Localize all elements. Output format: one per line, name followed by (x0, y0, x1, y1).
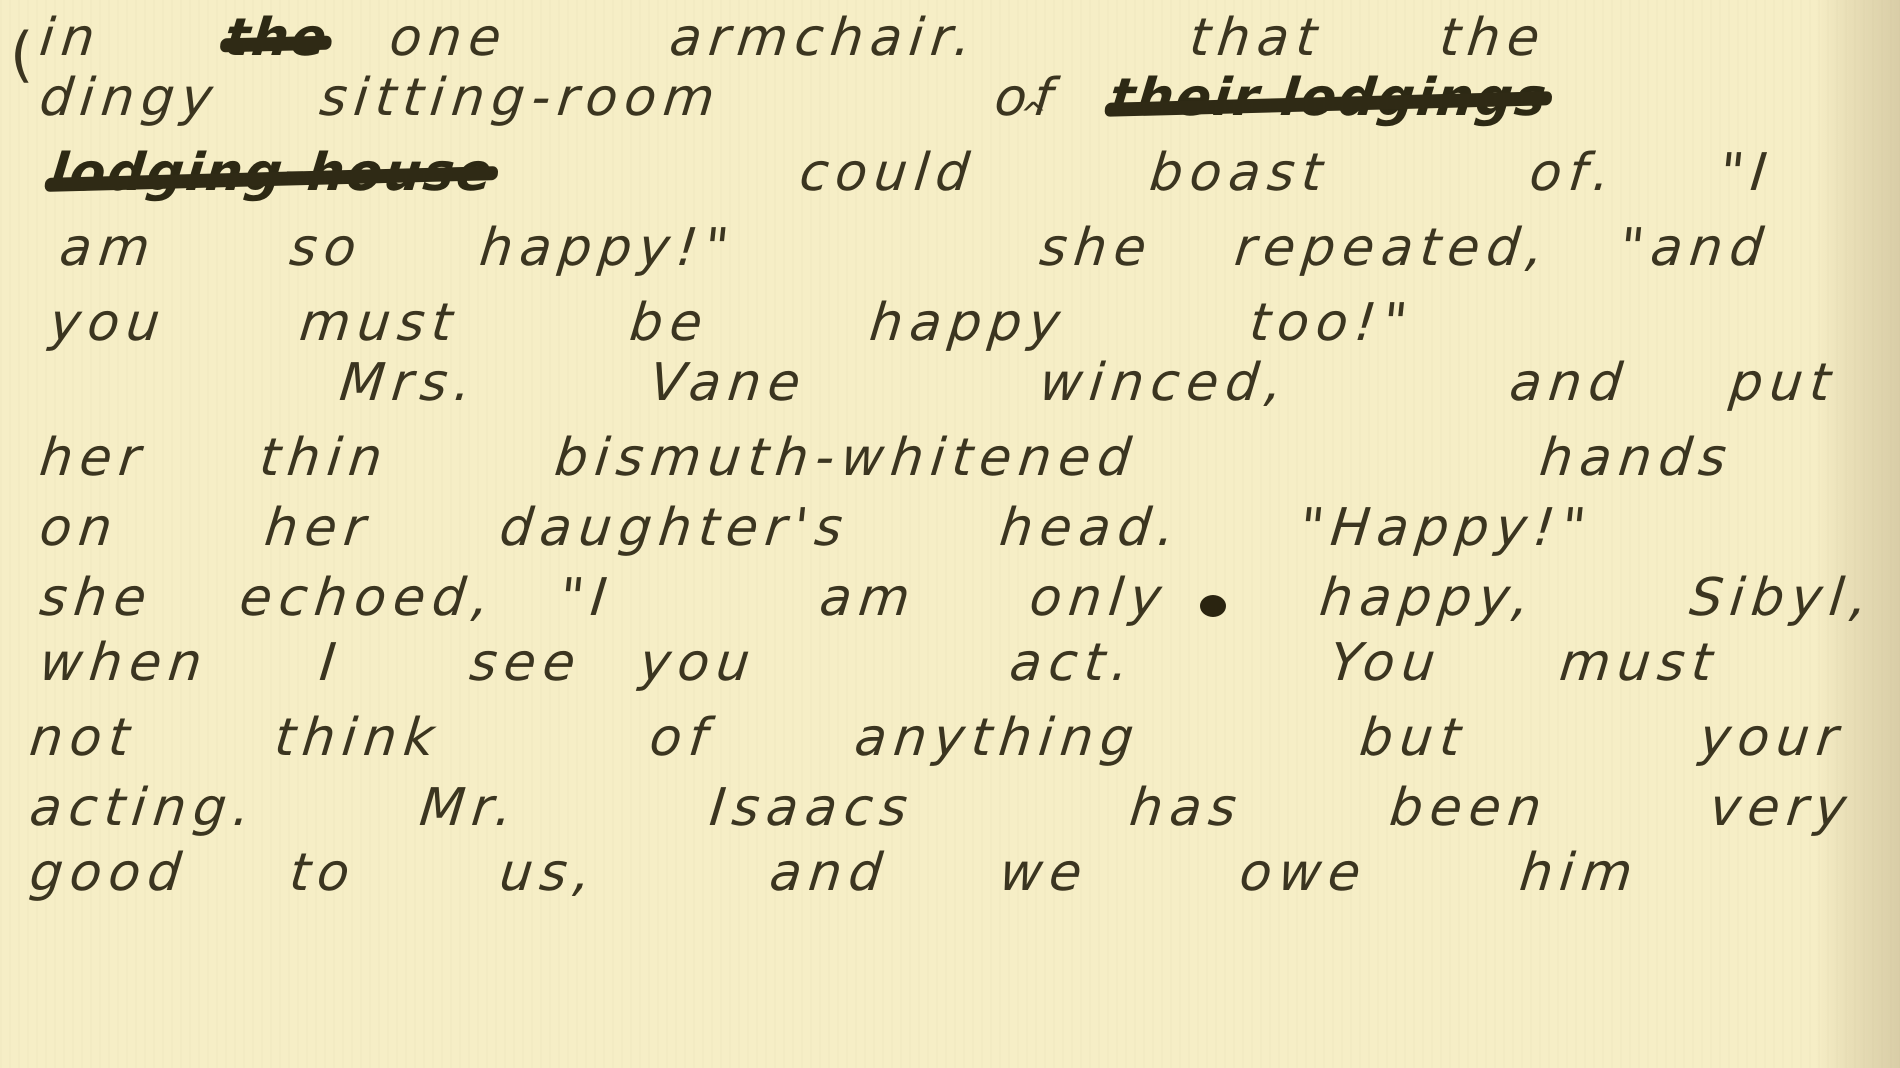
handwritten-word: Isaacs (707, 778, 917, 838)
manuscript-line: lodging-housecouldboastof."I (0, 143, 1880, 223)
handwritten-word: thin (257, 428, 392, 488)
handwritten-word: head. (997, 498, 1185, 558)
handwritten-word: "Happy!" (1297, 498, 1596, 558)
handwritten-word: Mr. (417, 778, 522, 838)
handwritten-word: You (1327, 633, 1445, 693)
manuscript-line: Mrs.Vanewinced,andput (0, 353, 1880, 433)
handwritten-word: sitting-room (317, 68, 724, 128)
handwritten-word: been (1387, 778, 1551, 838)
manuscript-line: dingysitting-roomoftheir lodgings (0, 68, 1880, 148)
handwritten-word: only (1027, 568, 1171, 628)
handwritten-word: owe (1237, 843, 1371, 903)
handwritten-word: to (287, 843, 360, 903)
handwritten-word: acting. (27, 778, 260, 838)
handwritten-word: "and (1617, 218, 1773, 278)
manuscript-page: intheonearmchair.thatthedingysitting-roo… (0, 0, 1900, 1068)
handwritten-word: not (27, 708, 139, 768)
handwritten-word: see (467, 633, 585, 693)
manuscript-line: herthinbismuth-whitenedhands (0, 428, 1880, 508)
handwritten-word: repeated, (1232, 218, 1553, 278)
handwritten-word: and (767, 843, 892, 903)
handwritten-word: be (627, 293, 712, 353)
handwritten-word: him (1517, 843, 1642, 903)
handwritten-word: so (287, 218, 366, 278)
handwritten-word: Mrs. (337, 353, 481, 413)
handwritten-word: "I (1717, 143, 1777, 203)
handwritten-word: hands (1537, 428, 1736, 488)
handwritten-word: dingy (37, 68, 223, 128)
handwritten-word: anything (852, 708, 1144, 768)
handwritten-word: very (1707, 778, 1856, 838)
handwritten-word: she (37, 568, 156, 628)
ink-blot (1200, 595, 1226, 617)
insertion-caret-mark: ^ (1020, 95, 1047, 133)
handwritten-word: think (272, 708, 444, 768)
handwritten-word: of (647, 708, 717, 768)
handwritten-word: happy (867, 293, 1070, 353)
handwritten-word: could (797, 143, 979, 203)
struck-through-word: the (222, 8, 331, 68)
handwritten-word: Vane (647, 353, 810, 413)
handwritten-word: that (1187, 8, 1327, 68)
handwritten-word: on (37, 498, 122, 558)
handwritten-word: when (37, 633, 212, 693)
manuscript-line: onherdaughter'shead."Happy!" (0, 498, 1880, 578)
insertion-caret-mark: ( (10, 20, 33, 90)
manuscript-line: goodtous,andweowehim (0, 843, 1880, 923)
handwritten-word: echoed, (237, 568, 499, 628)
handwritten-word: we (997, 843, 1092, 903)
manuscript-line: amsohappy!"sherepeated,"and (0, 218, 1880, 298)
handwritten-word: too!" (1247, 293, 1417, 353)
handwritten-word: put (1727, 353, 1841, 413)
handwritten-word: boast (1147, 143, 1332, 203)
handwritten-word: the (1437, 8, 1550, 68)
handwritten-word: has (1127, 778, 1246, 838)
handwritten-word: am (817, 568, 920, 628)
handwritten-word: "I (557, 568, 617, 628)
handwritten-word: your (1697, 708, 1848, 768)
handwritten-word: us, (497, 843, 601, 903)
handwritten-word: good (27, 843, 191, 903)
handwritten-word: must (1557, 633, 1722, 693)
handwritten-word: Sibyl, (1687, 568, 1878, 628)
handwritten-word: she (1037, 218, 1156, 278)
handwritten-word: her (262, 498, 376, 558)
handwritten-word: armchair. (667, 8, 981, 68)
handwritten-word: winced, (1037, 353, 1292, 413)
handwritten-word: one (387, 8, 511, 68)
handwritten-word: her (37, 428, 151, 488)
struck-through-word: their lodgings (1107, 68, 1551, 128)
handwritten-word: happy, (1317, 568, 1539, 628)
handwritten-word: bismuth-whitened (552, 428, 1141, 488)
handwritten-word: daughter's (497, 498, 852, 558)
handwritten-word: I (317, 633, 346, 693)
handwritten-word: but (1357, 708, 1471, 768)
manuscript-line: notthinkofanythingbutyour (0, 708, 1880, 788)
handwritten-word: happy!" (477, 218, 739, 278)
handwritten-word: must (297, 293, 462, 353)
manuscript-line: whenIseeyouact.Youmust (0, 633, 1880, 713)
struck-through-word: lodging-house (47, 143, 497, 203)
handwritten-word: and (1507, 353, 1632, 413)
handwritten-word: am (57, 218, 160, 278)
handwritten-word: of. (1527, 143, 1620, 203)
handwritten-word: act. (1007, 633, 1139, 693)
handwritten-word: you (47, 293, 170, 353)
handwritten-word: in (37, 8, 105, 68)
handwritten-word: you (637, 633, 760, 693)
